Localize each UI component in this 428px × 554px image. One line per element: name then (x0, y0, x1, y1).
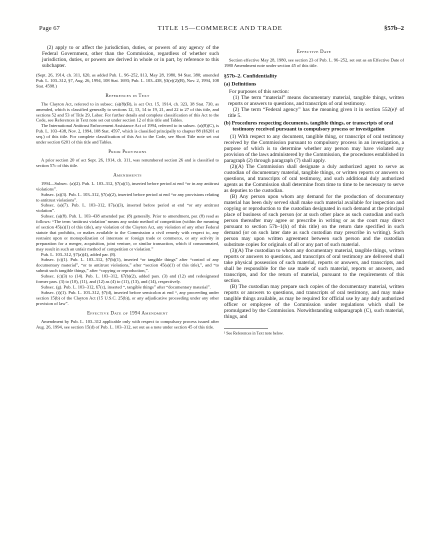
note-paragraph: Subsec. (c)(1). Pub. L. 103–312, §7(b)(1… (36, 257, 219, 273)
two-column-layout: (2) apply to or affect the jurisdiction,… (36, 45, 404, 336)
note-paragraph: Subsec. (i)(1). Pub. L. 103–312, §7(d), … (36, 290, 219, 306)
note-paragraph: Amendment by Pub. L. 103–312 applicable … (36, 319, 219, 330)
page-body: Page 67 TITLE 15—COMMERCE AND TRADE §57b… (0, 0, 428, 554)
right-column: Effective DateSection effective May 28, … (224, 45, 404, 336)
statute-paragraph: (3)(A) The custodian to whom any documen… (224, 248, 404, 284)
note-paragraph: The Clayton Act, referred to in subsec. … (36, 101, 219, 123)
note-heading: Effective Date of 1994 Amendment (36, 311, 219, 317)
document-page: Page 67 TITLE 15—COMMERCE AND TRADE §57b… (0, 0, 428, 554)
left-column: (2) apply to or affect the jurisdiction,… (36, 45, 219, 336)
note-paragraph: A prior section 20 of act Sept. 26, 1914… (36, 157, 219, 168)
footnote-text: ¹ See References in Text note below. (224, 331, 404, 336)
note-paragraph: Subsec. (a)(7). Pub. L. 103–312, §7(a)(3… (36, 203, 219, 214)
statute-paragraph: (2)(A) The Commission shall designate a … (224, 164, 404, 194)
note-paragraph: Section effective May 28, 1980, see sect… (224, 58, 404, 69)
statute-paragraph: (B) The custodian may prepare such copie… (224, 284, 404, 320)
statute-continuation-paragraph: (2) apply to or affect the jurisdiction,… (42, 45, 219, 69)
footnote: ¹ See References in Text note below. (224, 328, 404, 336)
note-paragraph: Subsec. (a)(3). Pub. L. 103–312, §7(a)(2… (36, 192, 219, 203)
source-credit: (Sept. 26, 1914, ch. 311, §20, as added … (36, 73, 219, 89)
note-paragraph: Subsec. (a)(8). Pub. L. 103–438 amended … (36, 214, 219, 252)
note-heading: Amendments (36, 173, 219, 179)
note-paragraph: The International Antitrust Enforcement … (36, 123, 219, 145)
section-heading: §57b–2. Confidentiality (224, 73, 404, 79)
note-heading: Effective Date (224, 50, 404, 56)
note-paragraph: Subsec. (c)(3) to (14). Pub. L. 103–312,… (36, 274, 219, 285)
section-ref: §57b–2 (384, 24, 404, 32)
subsection-heading: (a) Definitions (224, 81, 404, 87)
footnote-rule (224, 328, 268, 329)
statute-subparagraph: (2) The term “Federal agency” has the me… (228, 107, 404, 119)
page-header: Page 67 TITLE 15—COMMERCE AND TRADE §57b… (36, 24, 404, 33)
statute-paragraph: (1) With respect to any document, tangib… (224, 134, 404, 164)
note-paragraph: 1994—Subsec. (a)(2). Pub. L. 103–312, §7… (36, 181, 219, 192)
running-title: TITLE 15—COMMERCE AND TRADE (36, 24, 404, 32)
subsection-heading: (b) Procedures respecting documents, tan… (224, 120, 404, 132)
note-heading: References in Text (36, 93, 219, 99)
note-heading: Prior Provisions (36, 149, 219, 155)
statute-subparagraph: (1) The term “material” means documentar… (228, 95, 404, 107)
statute-paragraph: (B) Any person upon whom any demand for … (224, 194, 404, 248)
